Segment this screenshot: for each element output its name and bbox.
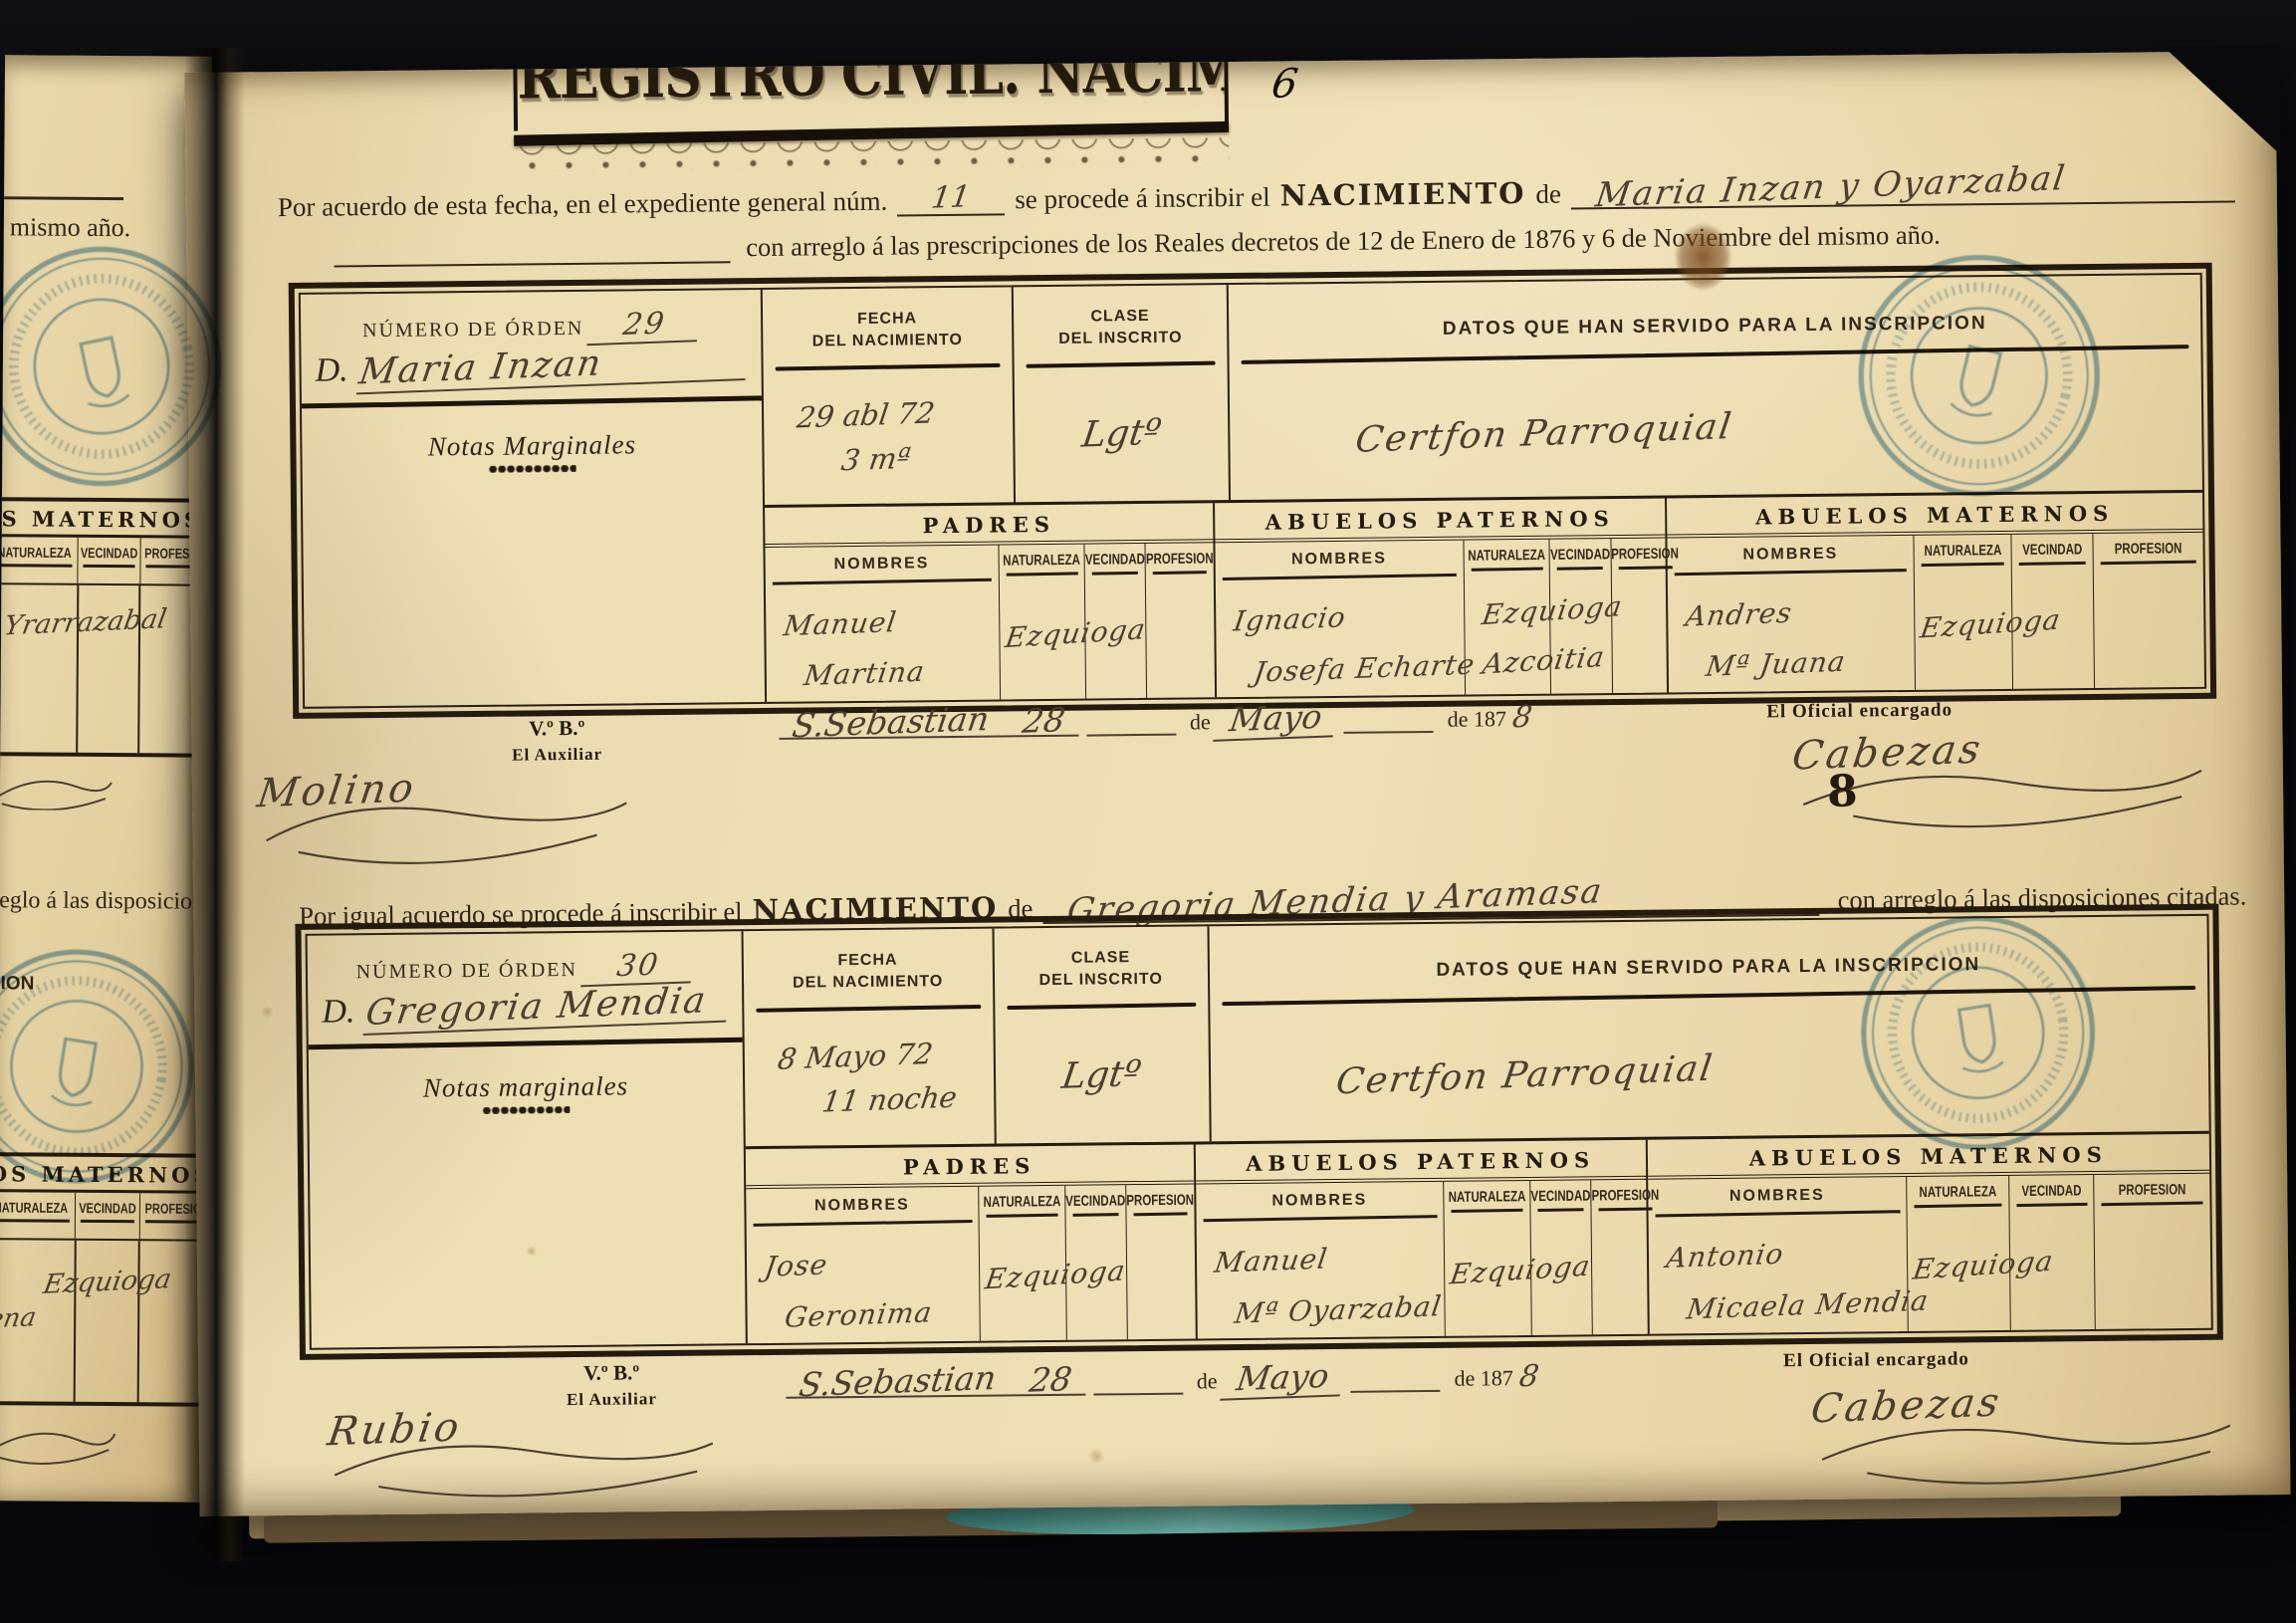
- titular-name: Gregoria Mendia: [363, 980, 732, 1036]
- naturaleza-value: Ezquioga: [1447, 1242, 1594, 1300]
- datos-inscripcion-cell: DATOS QUE HAN SERVIDO PARA LA INSCRIPCIO…: [1209, 916, 2209, 1141]
- intro-text: con arreglo á las prescripciones de los …: [746, 220, 1941, 264]
- blank-rule: [334, 261, 730, 267]
- intro-text: con arreglo á las disposiciones citadas.: [1837, 880, 2246, 915]
- abuelos-maternos-section: ABUELOS MATERNOS NOMBRES Antonio Micaela…: [1647, 1134, 2210, 1334]
- ornament: [489, 465, 576, 473]
- naturaleza-value: Ezquioga: [1910, 1237, 2057, 1295]
- month-value: Mayo: [1220, 1355, 1345, 1400]
- datos-inscripcion-cell: DATOS QUE HAN SERVIDO PARA LA INSCRIPCIO…: [1229, 275, 2202, 500]
- datos-value: Certfon Parroquial: [1333, 1030, 2213, 1102]
- madre-nombre: Geronima: [781, 1288, 935, 1344]
- nombres-header: NOMBRES: [1648, 1177, 1907, 1207]
- left-page-text-fragment: eglo á las disposiciones citadas,: [0, 887, 212, 916]
- year-digit: 8: [1516, 1359, 1540, 1395]
- profesion-header: PROFESION: [1146, 540, 1214, 568]
- fecha-header: FECHA: [763, 307, 1012, 332]
- fecha-nacimiento-cell: FECHA DEL NACIMIENTO 8 Mayo 72 11 noche: [743, 929, 996, 1147]
- profesion-header: PROFESION: [1591, 1176, 1659, 1204]
- naturaleza-value: Ezquioga: [982, 1247, 1129, 1305]
- vecindad-header: VECINDAD: [1065, 1182, 1125, 1210]
- nombres-header: NOMBRES: [1667, 536, 1914, 566]
- left-page-text-fragment: ION: [0, 973, 34, 995]
- left-page-text-fragment: mismo año.: [10, 212, 131, 243]
- record1-dateline: S.Sebastian 28 de Mayo de 187 8: [779, 696, 1531, 740]
- fecha-value: 29 abl 72: [795, 393, 1016, 435]
- abuela-materna-nombre: Micaela Mendia: [1683, 1276, 1932, 1335]
- de187-label: de 187: [1447, 706, 1506, 733]
- foxing-spot: [526, 1246, 538, 1256]
- divider: [309, 1038, 743, 1050]
- blank-rule: [1344, 731, 1434, 734]
- column-header-row: NATURALEZA VECINDAD PROFESION: [0, 1192, 212, 1242]
- naturaleza-value: Ezquioga: [1917, 595, 2064, 654]
- divider: [0, 564, 73, 568]
- naturaleza-value: Ezquioga: [1002, 604, 1149, 663]
- nombres-header: NOMBRES: [1196, 1182, 1444, 1212]
- naturaleza-value2: Azcoitia: [1479, 632, 1608, 690]
- page-number: 8: [1827, 766, 1858, 816]
- vecindad-header: VECINDAD: [1550, 536, 1610, 564]
- padres-section: PADRES NOMBRES Jose Geronima: [745, 1144, 1197, 1343]
- abuelo-materno-nombre: Antonio: [1663, 1230, 1787, 1284]
- clase-inscrito-cell: CLASE DEL INSCRITO Lgtº: [994, 926, 1211, 1143]
- vecindad-header: VECINDAD: [2012, 531, 2093, 559]
- left-page-partial-table: OS MATERNOS NATURALEZA VECINDAD PROFESIO…: [0, 1152, 212, 1407]
- blank-rule: [1093, 1393, 1183, 1396]
- intro-text: se procede á inscribir el: [1015, 182, 1270, 216]
- divider: [4, 196, 123, 200]
- naturaleza-header: NATURALEZA: [999, 541, 1084, 569]
- record1-intro-line2: con arreglo á las prescripciones de los …: [334, 216, 2235, 267]
- left-book-page: mismo año. S MATERNOS NATURALEZA VECINDA…: [0, 55, 212, 1502]
- divider: [302, 395, 762, 408]
- blank-rule: [1086, 734, 1176, 737]
- de-label: de: [1190, 709, 1211, 735]
- naturaleza-header: NATURALEZA: [1907, 1173, 2008, 1201]
- numero-orden-label: NÚMERO DE ÓRDEN: [356, 959, 577, 983]
- expediente-number: 11: [930, 179, 973, 215]
- clase-header2: DEL INSCRITO: [1014, 327, 1227, 351]
- oficial-encargado-label: El Oficial encargado: [1766, 699, 1952, 723]
- inscribed-name-field: Gregoria Mendia y Aramasa: [1042, 876, 1820, 924]
- titular-name: Maria Inzan: [356, 338, 751, 394]
- intro-text: Por acuerdo de esta fecha, en el expedie…: [278, 186, 888, 223]
- divider: [83, 565, 134, 568]
- place-value: S.Sebastian: [790, 699, 992, 745]
- clase-value: Lgtº: [1060, 1053, 1144, 1097]
- clase-inscrito-cell: CLASE DEL INSCRITO Lgtº: [1014, 285, 1231, 502]
- signature-flourish: [0, 1421, 116, 1466]
- vb-auxiliar-block: V.º B.º El Auxiliar: [537, 1360, 687, 1411]
- padre-nombre: Jose: [761, 1240, 830, 1292]
- abuela-paterna-nombre: Josefa Echarte: [1251, 640, 1479, 699]
- section-title-fragment: S MATERNOS: [0, 501, 212, 539]
- fecha-value2: 3 mª: [839, 437, 1016, 477]
- abuelos-paternos-section: ABUELOS PATERNOS NOMBRES Manuel Mª Oyarz…: [1195, 1140, 1649, 1339]
- divider: [81, 1220, 134, 1223]
- datos-header: DATOS QUE HAN SERVIDO PARA LA INSCRIPCIO…: [1229, 275, 2201, 346]
- section-title-fragment: OS MATERNOS: [0, 1156, 212, 1194]
- registry-page: REGISTRO CIVIL. NACIMIENTOS. 6 Por acuer…: [184, 51, 2290, 1516]
- fecha-value: 8 Mayo 72: [776, 1035, 997, 1076]
- nombres-header: NOMBRES: [765, 546, 998, 575]
- numero-orden-label: NÚMERO DE ÓRDEN: [362, 318, 583, 342]
- nombres-header: NOMBRES: [746, 1187, 979, 1216]
- fecha-nacimiento-cell: FECHA DEL NACIMIENTO 29 abl 72 3 mª: [763, 287, 1016, 505]
- de-label: de: [1197, 1368, 1218, 1394]
- abuelos-paternos-section: ABUELOS PATERNOS NOMBRES Ignacio Josefa …: [1215, 498, 1669, 697]
- padre-nombre: Manuel: [781, 597, 900, 652]
- abuelo-paterno-nombre: Manuel: [1211, 1235, 1330, 1289]
- vb-label: V.º B.º: [537, 1360, 686, 1387]
- column-header: NATURALEZA: [0, 534, 78, 562]
- padres-section: PADRES NOMBRES Manuel Martina: [765, 503, 1217, 702]
- ornament: [482, 1106, 570, 1114]
- vecindad-header: VECINDAD: [1530, 1177, 1590, 1205]
- vb-label: V.º B.º: [482, 715, 631, 742]
- oficial-encargado-label: El Oficial encargado: [1783, 1348, 1969, 1372]
- record1-intro-line: Por acuerdo de esta fecha, en el expedie…: [278, 162, 2235, 223]
- signature-flourish: [0, 770, 114, 811]
- clase-header2: DEL INSCRITO: [995, 969, 1208, 994]
- fecha-header2: DEL NACIMIENTO: [744, 971, 993, 996]
- abuelos-maternos-section: ABUELOS MATERNOS NOMBRES Andres Mª Juana: [1667, 493, 2204, 693]
- handwritten-entry: ena: [0, 1302, 39, 1334]
- divider: [74, 1241, 77, 1402]
- month-value: Mayo: [1214, 696, 1339, 741]
- foxing-spot: [260, 1006, 274, 1018]
- corner-mark: 6: [1268, 61, 1300, 108]
- handwritten-entry: Ezquioga: [41, 1264, 173, 1300]
- inscribed-name: Maria Inzan y Oyarzabal: [1593, 158, 2069, 215]
- abuela-materna-nombre: Mª Juana: [1703, 637, 1849, 693]
- datos-header: DATOS QUE HAN SERVIDO PARA LA INSCRIPCIO…: [1209, 916, 2207, 987]
- de187-label: de 187: [1454, 1365, 1513, 1392]
- oficial-signature: Cabezas: [1811, 1379, 2240, 1491]
- day-value: 28: [1020, 700, 1067, 741]
- intro-text: de: [1535, 179, 1561, 210]
- auxiliar-label: El Auxiliar: [483, 744, 632, 766]
- fecha-header: FECHA: [743, 949, 992, 974]
- fecha-header2: DEL NACIMIENTO: [763, 330, 1012, 354]
- day-value: 28: [1027, 1359, 1074, 1400]
- nacimiento-word: NACIMIENTO: [1280, 176, 1526, 213]
- foxing-spot: [1087, 1449, 1105, 1463]
- profesion-header: PROFESION: [1126, 1181, 1194, 1209]
- abuelo-materno-nombre: Andres: [1683, 588, 1796, 642]
- naturaleza-header: NATURALEZA: [1915, 532, 2011, 560]
- column-header: NATURALEZA: [0, 1189, 75, 1217]
- clase-header: CLASE: [994, 946, 1207, 971]
- scanned-registry-photo: mismo año. S MATERNOS NATURALEZA VECINDA…: [0, 0, 2296, 1623]
- inscribed-name-field: Maria Inzan y Oyarzabal: [1571, 162, 2235, 209]
- page-banner: REGISTRO CIVIL. NACIMIENTOS.: [513, 62, 1229, 171]
- d-prefix: D.: [322, 993, 354, 1031]
- abuelo-paterno-nombre: Ignacio: [1231, 592, 1350, 647]
- intro-text: de: [1008, 893, 1033, 924]
- divider: [0, 1219, 70, 1223]
- blank-rule: [1351, 1390, 1441, 1393]
- place-value: S.Sebastian: [797, 1358, 999, 1404]
- handwritten-entry: Yrarrazabal: [2, 603, 169, 641]
- intro-text: Por igual acuerdo se procede á inscribir…: [299, 896, 742, 932]
- column-header: VECINDAD: [76, 1190, 139, 1218]
- auxiliar-signature: Molino: [258, 765, 637, 870]
- photo-corner-cut: [2130, 45, 2280, 166]
- record1-table: NÚMERO DE ÓRDEN29 D. Maria Inzan Notas M…: [299, 273, 2206, 709]
- profesion-header: PROFESION: [2093, 530, 2202, 558]
- naturaleza-header: NATURALEZA: [1444, 1178, 1529, 1206]
- record2-table: NÚMERO DE ÓRDEN30 D. Gregoria Mendia Not…: [306, 914, 2213, 1350]
- nombres-header: NOMBRES: [1215, 541, 1463, 571]
- profesion-header: PROFESION: [2095, 1171, 2210, 1200]
- year-digit: 8: [1509, 700, 1533, 736]
- registry-title: REGISTRO CIVIL. NACIMIENTOS.: [517, 62, 1225, 114]
- vecindad-header: VECINDAD: [2009, 1172, 2094, 1200]
- orden-column: NÚMERO DE ÓRDEN29 D. Maria Inzan Notas M…: [301, 290, 767, 707]
- d-prefix: D.: [315, 351, 347, 389]
- column-header-row: NATURALEZA VECINDAD PROFESION: [0, 537, 212, 586]
- naturaleza-header: NATURALEZA: [980, 1183, 1065, 1211]
- datos-value: Certfon Parroquial: [1353, 388, 2206, 460]
- notas-marginales-label: Notas Marginales: [428, 429, 637, 461]
- vb-auxiliar-block: V.º B.º El Auxiliar: [482, 715, 632, 766]
- column-header: VECINDAD: [79, 535, 140, 563]
- fecha-value2: 11 noche: [819, 1079, 996, 1119]
- notas-marginales-label: Notas marginales: [423, 1070, 629, 1102]
- nacimiento-word: NACIMIENTO: [752, 891, 998, 928]
- vecindad-header: VECINDAD: [1085, 541, 1145, 569]
- clase-header: CLASE: [1014, 305, 1227, 330]
- left-page-partial-table: S MATERNOS NATURALEZA VECINDAD PROFESION: [0, 497, 212, 758]
- clase-value: Lgtº: [1079, 412, 1163, 456]
- abuela-paterna-nombre: Mª Oyarzabal: [1231, 1282, 1445, 1340]
- orden-column: NÚMERO DE ÓRDEN30 D. Gregoria Mendia Not…: [308, 931, 748, 1348]
- auxiliar-signature: Rubio: [329, 1403, 728, 1503]
- expediente-number-field: 11: [897, 179, 1005, 216]
- profesion-header: PROFESION: [1611, 535, 1679, 563]
- madre-nombre: Martina: [801, 647, 928, 702]
- record2-dateline: S.Sebastian 28 de Mayo de 187 8: [786, 1355, 1538, 1399]
- naturaleza-header: NATURALEZA: [1464, 537, 1549, 565]
